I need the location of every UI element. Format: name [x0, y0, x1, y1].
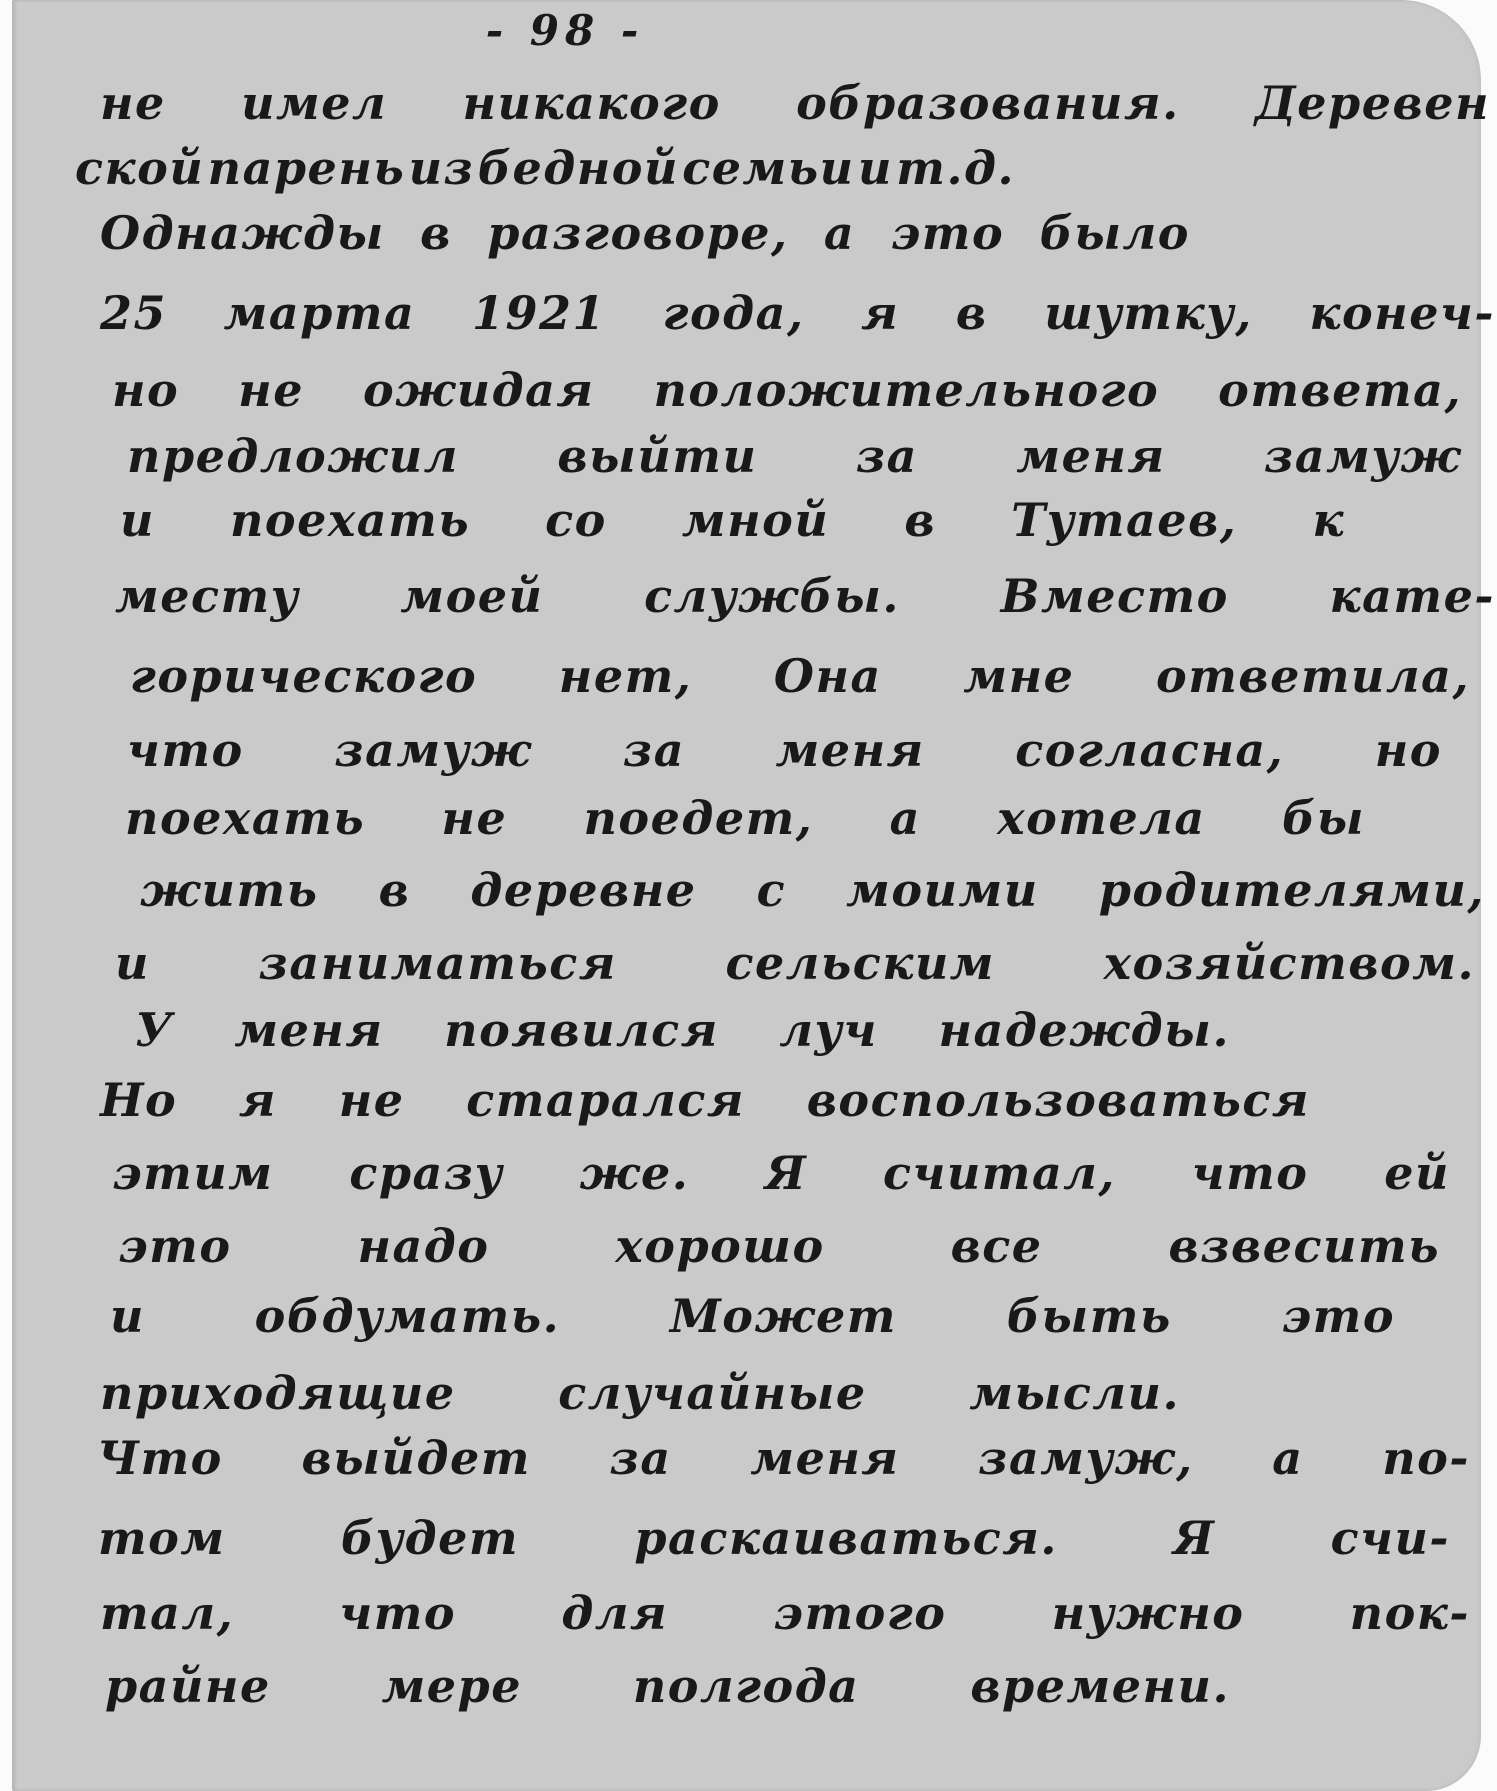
handwritten-word: надежды. [939, 1002, 1230, 1060]
handwritten-word: это [891, 205, 1005, 263]
page-number: - 98 - [400, 6, 730, 55]
handwritten-word: за [856, 428, 918, 486]
handwritten-word: ской [75, 140, 204, 198]
handwritten-line: поехатьнепоедет,ахотелабы [125, 790, 1365, 848]
handwritten-word: и [110, 1288, 145, 1346]
handwritten-word: т.д. [896, 140, 1015, 198]
handwritten-word: 1921 [472, 285, 606, 343]
handwritten-line: Ноянестаралсявоспользоваться [100, 1072, 1310, 1130]
handwritten-word: появился [444, 1002, 719, 1060]
handwritten-word: моими [846, 862, 1039, 920]
handwritten-word: службы. [644, 568, 900, 626]
handwritten-word: поехать [125, 790, 365, 848]
handwritten-word: же. [579, 1145, 689, 1203]
handwritten-line: житьвдеревнесмоимиродителями, [140, 862, 1485, 920]
handwritten-word: Я [1173, 1510, 1215, 1568]
handwritten-word: меня [1016, 428, 1165, 486]
handwritten-word: кате- [1330, 568, 1495, 626]
handwritten-line: ипоехатьсомнойвТутаев,к [120, 492, 1345, 550]
handwritten-word: в [956, 285, 988, 343]
handwritten-word: я [239, 1072, 277, 1130]
handwritten-line: скойпареньизбеднойсемьиит.д. [75, 140, 1015, 198]
handwritten-word: конеч- [1309, 285, 1495, 343]
handwritten-word: замуж [334, 722, 532, 780]
handwritten-word: семьи [682, 140, 854, 198]
handwritten-word: меня [776, 722, 925, 780]
handwritten-line: приходящиеслучайныемысли. [100, 1365, 1180, 1423]
handwritten-word: Она [774, 648, 882, 706]
handwritten-word: ответа, [1218, 362, 1462, 420]
handwritten-line: Уменяпоявилсялучнадежды. [135, 1002, 1230, 1060]
handwritten-word: деревне [470, 862, 696, 920]
handwritten-word: надо [357, 1218, 489, 1276]
handwritten-word: воспользоваться [807, 1072, 1310, 1130]
handwritten-word: сразу [349, 1145, 503, 1203]
handwritten-word: поедет, [583, 790, 813, 848]
handwritten-word: ей [1384, 1145, 1450, 1203]
handwritten-word: жить [140, 862, 319, 920]
handwritten-word: из [409, 140, 475, 198]
handwritten-word: никакого [463, 75, 721, 133]
handwritten-word: тал, [100, 1585, 234, 1643]
handwritten-line: томбудетраскаиваться.Ясчи- [98, 1510, 1450, 1568]
handwritten-word: в [420, 205, 452, 263]
handwritten-word: мере [382, 1658, 522, 1716]
handwritten-word: но [112, 362, 179, 420]
handwritten-word: за [623, 722, 685, 780]
handwritten-line: изаниматьсясельскимхозяйством. [115, 935, 1475, 993]
handwritten-word: меня [750, 1430, 899, 1488]
handwritten-word: что [1192, 1145, 1309, 1203]
handwritten-line: горическогонет,Онамнеответила, [130, 648, 1470, 706]
handwritten-word: Может [670, 1288, 897, 1346]
handwritten-word: Я [765, 1145, 807, 1203]
handwritten-word: поехать [230, 492, 470, 550]
handwritten-word: с [757, 862, 787, 920]
handwritten-word: со [545, 492, 607, 550]
handwritten-word: я [861, 285, 899, 343]
handwritten-word: времени. [970, 1658, 1230, 1716]
scanned-page-canvas: - 98 - неимелникакогообразования.Деревен… [0, 0, 1497, 1791]
handwritten-line: предложилвыйтизаменязамуж [127, 428, 1462, 486]
handwritten-line: иобдумать.Можетбытьэто [110, 1288, 1395, 1346]
handwritten-line: неимелникакогообразования.Деревен [100, 75, 1490, 133]
handwritten-word: но [1375, 722, 1442, 780]
handwritten-word: раскаиваться. [634, 1510, 1058, 1568]
handwritten-word: хотела [997, 790, 1206, 848]
handwritten-word: Что [97, 1430, 223, 1488]
handwritten-word: Но [100, 1072, 177, 1130]
handwritten-word: и [115, 935, 150, 993]
handwritten-word: мне [963, 648, 1074, 706]
handwritten-word: по- [1382, 1430, 1470, 1488]
handwritten-line: чтозамужзаменясогласна,но [127, 722, 1442, 780]
handwritten-word: сельским [725, 935, 995, 993]
handwritten-word: ожидая [363, 362, 595, 420]
handwritten-word: что [127, 722, 244, 780]
handwritten-word: не [238, 362, 304, 420]
handwritten-word: Однажды [100, 205, 385, 263]
handwritten-word: обдумать. [255, 1288, 560, 1346]
handwritten-line: нонеожидаяположительногоответа, [112, 362, 1462, 420]
handwritten-word: шутку, [1044, 285, 1253, 343]
handwritten-word: горического [130, 648, 477, 706]
handwritten-word: в [379, 862, 411, 920]
handwritten-word: Вместо [1001, 568, 1229, 626]
handwritten-word: мной [682, 492, 829, 550]
handwritten-word: луч [779, 1002, 878, 1060]
handwritten-word: замуж [1264, 428, 1462, 486]
handwritten-word: приходящие [100, 1365, 456, 1423]
handwritten-word: выйти [557, 428, 757, 486]
handwritten-word: а [824, 205, 855, 263]
handwritten-word: ответила, [1156, 648, 1470, 706]
handwritten-word: и [120, 492, 155, 550]
handwritten-word: этим [112, 1145, 274, 1203]
handwritten-word: Тутаев, [1011, 492, 1237, 550]
handwritten-word: счи- [1331, 1510, 1450, 1568]
handwritten-line: Однаждывразговоре,аэтобыло [100, 205, 1190, 263]
handwritten-line: этонадохорошовсевзвесить [118, 1218, 1440, 1276]
handwritten-word: не [339, 1072, 405, 1130]
handwritten-word: меня [234, 1002, 383, 1060]
handwritten-word: образования. [796, 75, 1180, 133]
handwritten-word: имел [241, 75, 387, 133]
handwritten-line: тал,чтодляэтогонужнопок- [100, 1585, 1470, 1643]
handwritten-word: в [904, 492, 936, 550]
handwritten-word: все [951, 1218, 1043, 1276]
handwritten-word: нужно [1052, 1585, 1245, 1643]
handwritten-word: том [98, 1510, 226, 1568]
handwritten-word: У [135, 1002, 174, 1060]
handwritten-word: разговоре, [487, 205, 788, 263]
handwritten-word: парень [208, 140, 406, 198]
handwritten-word: года, [663, 285, 805, 343]
handwritten-word: родителями, [1099, 862, 1485, 920]
handwritten-word: бедной [478, 140, 679, 198]
handwritten-word: Деревен [1255, 75, 1490, 133]
handwritten-word: нет, [559, 648, 693, 706]
handwritten-word: было [1040, 205, 1190, 263]
handwritten-word: к [1312, 492, 1345, 550]
handwritten-word: старался [466, 1072, 745, 1130]
handwritten-word: этого [773, 1585, 946, 1643]
handwritten-word: мысли. [969, 1365, 1180, 1423]
handwritten-word: будет [341, 1510, 519, 1568]
handwritten-line: райнемереполгодавремени. [105, 1658, 1230, 1716]
handwritten-word: случайные [558, 1365, 866, 1423]
handwritten-word: не [441, 790, 507, 848]
handwritten-word: моей [400, 568, 543, 626]
handwritten-line: местумоейслужбы.Вместокате- [115, 568, 1495, 626]
handwritten-line: 25марта1921года,явшутку,конеч- [100, 285, 1495, 343]
handwritten-line: Чтовыйдетзаменязамуж,апо- [97, 1430, 1470, 1488]
handwritten-word: взвесить [1168, 1218, 1440, 1276]
handwritten-word: месту [115, 568, 300, 626]
handwritten-word: за [610, 1430, 672, 1488]
handwritten-line: этимсразуже.Ясчитал,чтоей [112, 1145, 1450, 1203]
handwritten-word: пок- [1350, 1585, 1470, 1643]
handwritten-word: райне [105, 1658, 271, 1716]
handwritten-word: а [1272, 1430, 1303, 1488]
handwritten-word: выйдет [302, 1430, 531, 1488]
handwritten-word: считал, [883, 1145, 1116, 1203]
handwritten-word: это [118, 1218, 232, 1276]
handwritten-word: предложил [127, 428, 459, 486]
handwritten-word: не [100, 75, 166, 133]
handwritten-word: и [858, 140, 893, 198]
handwritten-word: это [1281, 1288, 1395, 1346]
handwritten-word: быть [1007, 1288, 1172, 1346]
handwritten-word: согласна, [1015, 722, 1284, 780]
handwritten-word: хозяйством. [1104, 935, 1475, 993]
handwritten-word: заниматься [259, 935, 617, 993]
handwritten-word: для [561, 1585, 668, 1643]
handwritten-word: марта [224, 285, 416, 343]
handwritten-word: замуж, [978, 1430, 1193, 1488]
handwritten-word: а [890, 790, 921, 848]
handwritten-word: 25 [100, 285, 167, 343]
handwritten-word: что [339, 1585, 456, 1643]
handwritten-word: хорошо [615, 1218, 824, 1276]
handwritten-word: полгода [633, 1658, 860, 1716]
handwritten-word: положительного [653, 362, 1159, 420]
handwritten-word: бы [1282, 790, 1365, 848]
